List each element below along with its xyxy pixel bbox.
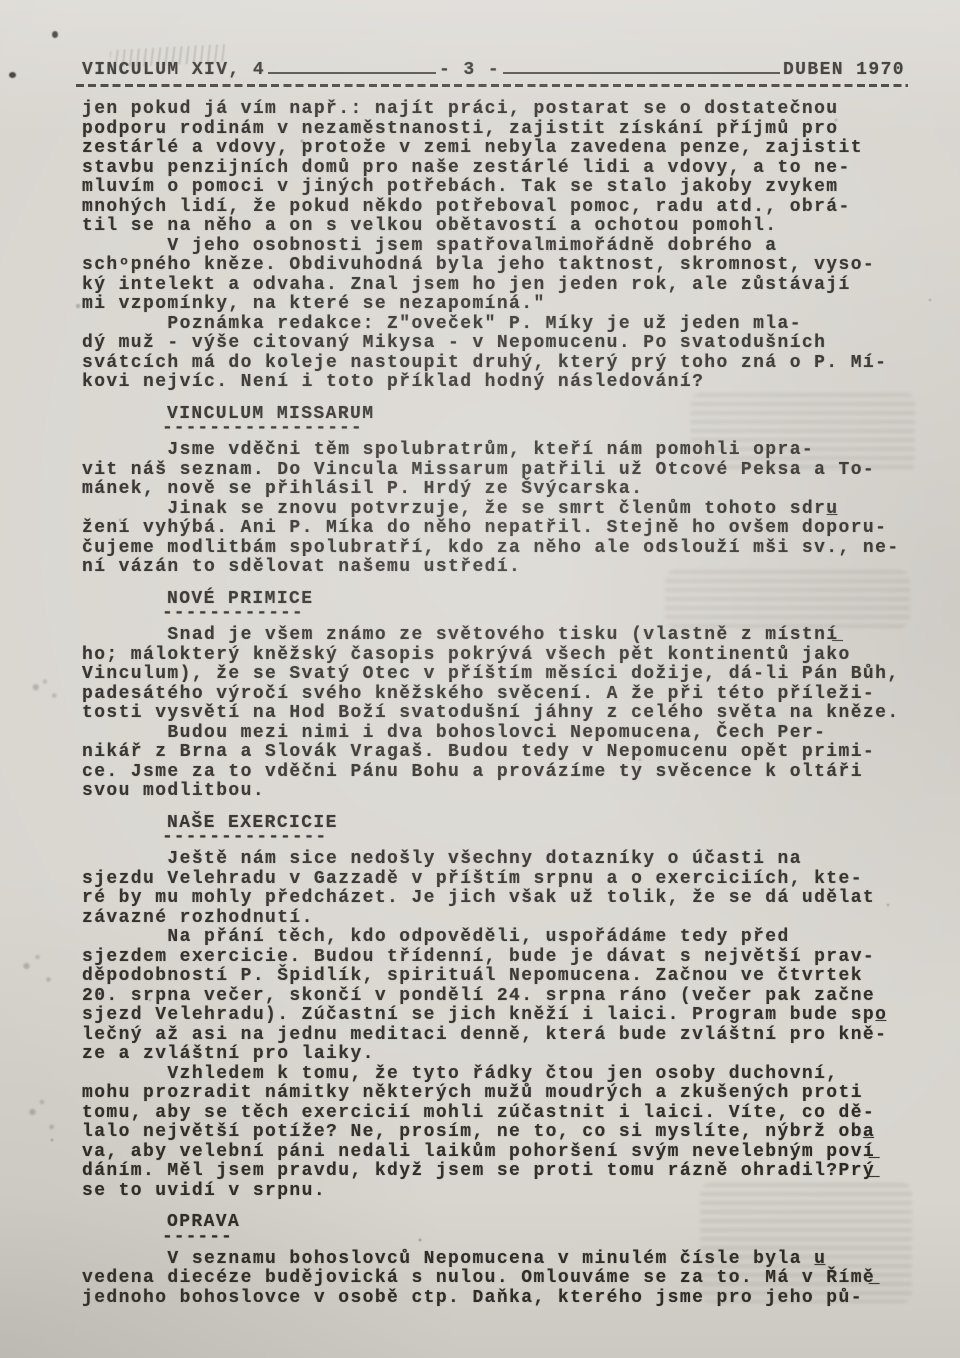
text-line: zestárlé a vdovy, protože v zemi nebyla …	[82, 139, 920, 159]
text-line: závazné rozhodnutí.	[82, 909, 920, 929]
text-line: čujeme modlitbám spolubratří, kdo za něh…	[82, 539, 920, 559]
document-page: VINCULUM XIV, 4 - 3 - DUBEN 1970 jen pok…	[0, 0, 960, 1358]
text-line: sjezdu Velehradu v Gazzadě v příštím srp…	[82, 870, 920, 890]
issue-date: DUBEN 1970	[783, 60, 905, 80]
document-section: OPRAVA------ V seznamu bohoslovců Nepomu…	[82, 1213, 920, 1308]
text-line: žení vyhýbá. Ani P. Míka do něho nepatři…	[82, 519, 920, 539]
text-line: schᵒpného kněze. Obdivuhodná byla jeho t…	[82, 256, 920, 276]
text-line: vit náš seznam. Do Vincula Missarum patř…	[82, 461, 920, 481]
text-line: Jsme vděčni těm spolubratrům, kteří nám …	[82, 441, 920, 461]
text-line: Vzhledem k tomu, že tyto řádky čtou jen …	[82, 1065, 920, 1085]
heading-underline: -----------------	[82, 424, 920, 434]
text-line: děpodobností P. Špidlík, spirituál Nepom…	[82, 967, 920, 987]
text-line: ní vázán to sdělovat našemu ustředí.	[82, 558, 920, 578]
text-line: padesátého výročí svého kněžského svěcen…	[82, 685, 920, 705]
header-rule	[503, 58, 780, 74]
text-line: mánek, nově se přihlásil P. Hrdý ze Švýc…	[82, 480, 920, 500]
text-line: jednoho bohoslovce v osobě ctp. Daňka, k…	[82, 1289, 920, 1309]
text-line: kovi nejvíc. Není i toto příklad hodný n…	[82, 373, 920, 393]
text-line: Ještě nám sice nedošly všechny dotazníky…	[82, 850, 920, 870]
text-line: ze a zvláštní pro laiky.	[82, 1045, 920, 1065]
text-line: tomu, aby se těch exercicií mohli zúčast…	[82, 1104, 920, 1124]
heading-underline: ------------	[82, 609, 920, 619]
text-line: V seznamu bohoslovců Nepomucena v minulé…	[82, 1250, 920, 1270]
text-line: lečný až asi na jednu meditaci denně, kt…	[82, 1026, 920, 1046]
text-line: va, aby velební páni nedali laikům pohor…	[82, 1143, 920, 1163]
text-line: nikář z Brna a Slovák Vragaš. Budou tedy…	[82, 743, 920, 763]
heading-underline: ------	[82, 1233, 920, 1243]
document-section: NAŠE EXERCICIE-------------- Ještě nám s…	[82, 814, 920, 1202]
text-line: Jinak se znovu potvrzuje, že se smrt čle…	[82, 500, 920, 520]
text-line: til se na něho a on s velkou obětavostí …	[82, 217, 920, 237]
text-line: stavbu penzijních domů pro naše zestárlé…	[82, 159, 920, 179]
text-line: Budou mezi nimi i dva bohoslovci Nepomuc…	[82, 724, 920, 744]
text-line: podporu rodinám v nezaměstnanosti, zajis…	[82, 120, 920, 140]
text-line: mohu prozradit námitky některých mužů mo…	[82, 1084, 920, 1104]
text-line: V jeho osobnosti jsem spatřovalmimořádně…	[82, 237, 920, 257]
text-line: Vinculum), že se Svatý Otec v příštím mě…	[82, 665, 920, 685]
text-line: se to uvidí v srpnu.	[82, 1182, 920, 1202]
journal-title: VINCULUM XIV, 4	[82, 60, 265, 80]
text-line: svátcích má do koleje nastoupit druhý, k…	[82, 354, 920, 374]
text-line: dý muž - výše citovaný Mikysa - v Nepomu…	[82, 334, 920, 354]
document-section: NOVÉ PRIMICE------------ Snad je všem zn…	[82, 590, 920, 802]
text-line: Poznámka redakce: Z"oveček" P. Míky je u…	[82, 315, 920, 335]
text-line: ce. Jsme za to vděčni Pánu Bohu a prováz…	[82, 763, 920, 783]
text-line: sjezdem exercicie. Budou třídenní, bude …	[82, 948, 920, 968]
text-line: mi vzpomínky, na které se nezapomíná."	[82, 295, 920, 315]
document-body: jen pokud já vím např.: najít práci, pos…	[0, 100, 960, 1308]
header-dashed-rule	[76, 84, 908, 87]
text-line: dáním. Měl jsem pravdu, když jsem se pro…	[82, 1162, 920, 1182]
text-line: ký intelekt a odvaha. Znal jsem ho jen j…	[82, 276, 920, 296]
heading-underline: --------------	[82, 833, 920, 843]
text-line: svou modlitbou.	[82, 782, 920, 802]
text-line: tosti vysvětí na Hod Boží svatodušní jáh…	[82, 704, 920, 724]
text-line: ho; málokterý kněžský časopis pokrývá vš…	[82, 646, 920, 666]
text-line: Na přání těch, kdo odpověděli, uspořádám…	[82, 928, 920, 948]
text-line: vedena diecéze budějovická s nulou. Omlo…	[82, 1269, 920, 1289]
page-number: - 3 -	[439, 60, 500, 80]
text-line: 20. srpna večer, skončí v pondělí 24. sr…	[82, 987, 920, 1007]
text-line: jen pokud já vím např.: najít práci, pos…	[82, 100, 920, 120]
page-header: VINCULUM XIV, 4 - 3 - DUBEN 1970	[0, 0, 960, 80]
text-line: mnohých lidí, že pokud někdo potřeboval …	[82, 198, 920, 218]
text-line: mluvím o pomoci v jiných potřebách. Tak …	[82, 178, 920, 198]
text-line: ré by mu mohly předcházet. Je jich však …	[82, 889, 920, 909]
text-line: Snad je všem známo ze světového tisku (v…	[82, 626, 920, 646]
text-line: lalo největší potíže? Ne, prosím, ne to,…	[82, 1123, 920, 1143]
header-rule	[268, 58, 436, 74]
document-section: VINCULUM MISSARUM----------------- Jsme …	[82, 405, 920, 578]
text-line: sjezd Velehradu). Zúčastní se jich kněží…	[82, 1006, 920, 1026]
